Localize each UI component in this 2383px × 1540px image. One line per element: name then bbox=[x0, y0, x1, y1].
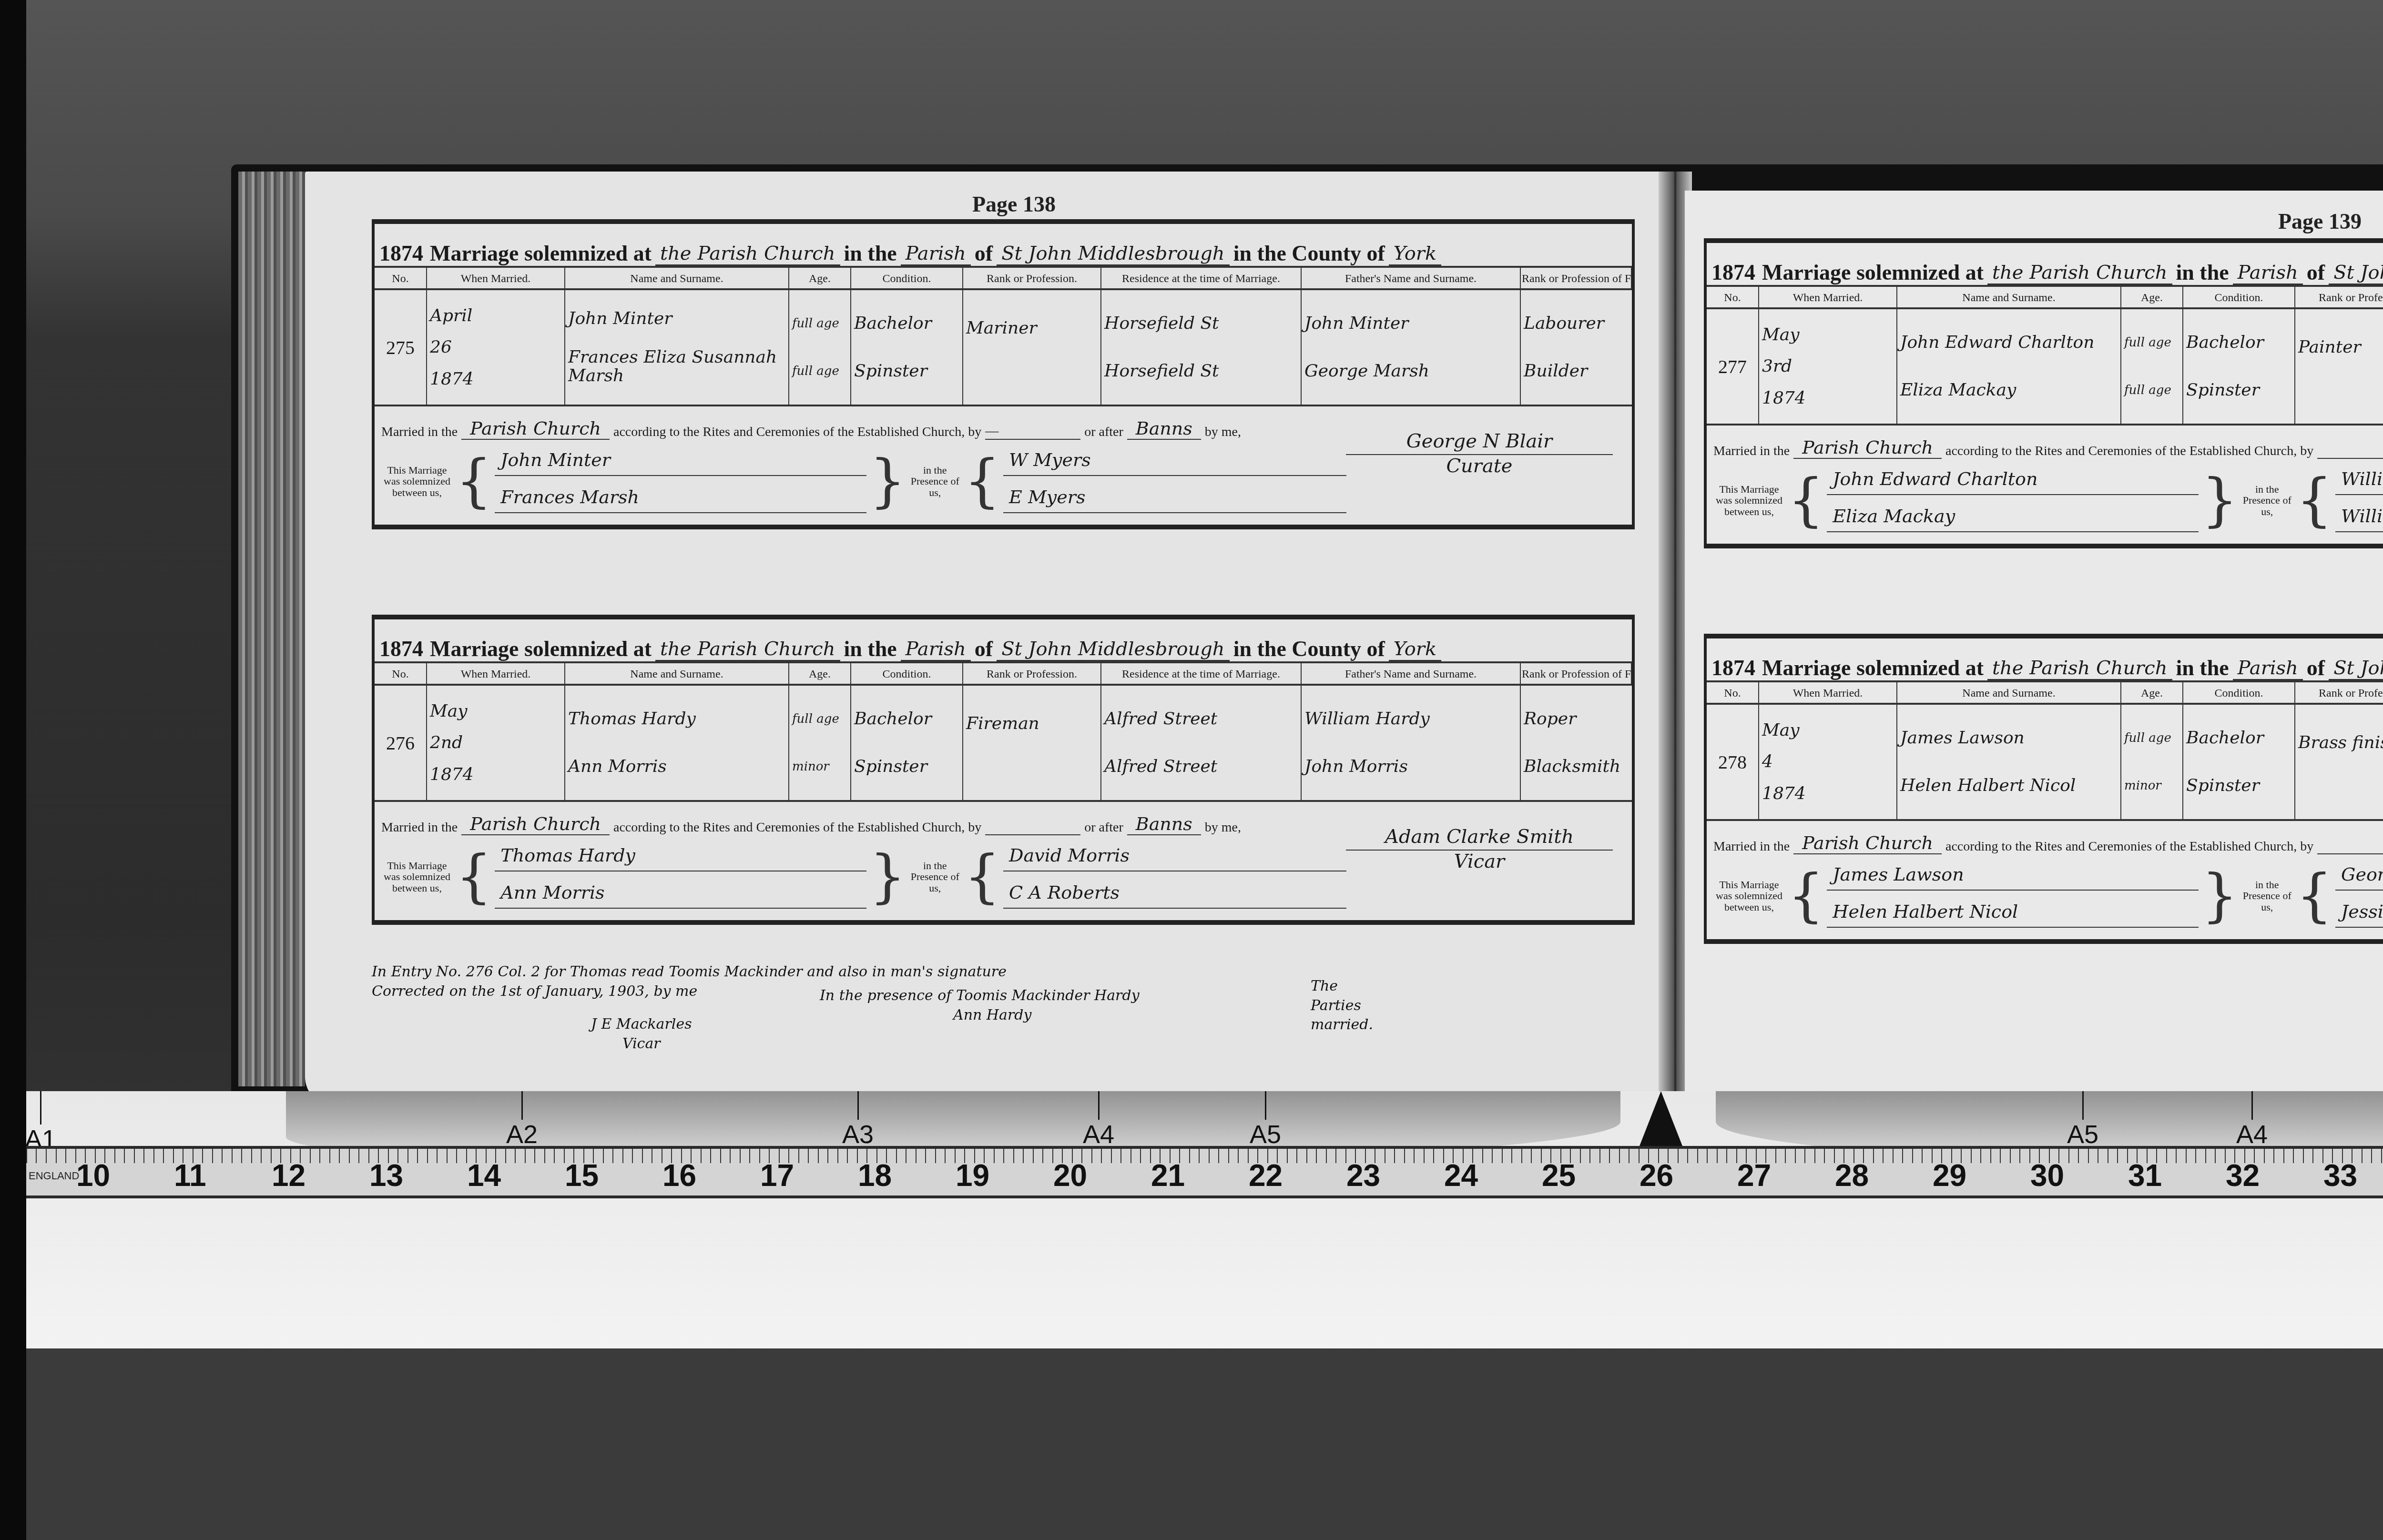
heading-label: of bbox=[975, 636, 993, 661]
county-field: York bbox=[1389, 638, 1441, 661]
by-field bbox=[985, 834, 1080, 835]
by-field bbox=[2317, 853, 2383, 854]
correction-witness: In the presence of Toomis Mackinder Hard… bbox=[820, 986, 1140, 1025]
microfilm-bottom-band bbox=[26, 1348, 2383, 1540]
between-label: This Marriage was solemnized between us, bbox=[1713, 484, 1785, 517]
heading-label: Marriage solemnized at bbox=[1762, 655, 1984, 680]
brace: } bbox=[2201, 867, 2238, 924]
profession-cell: Painter bbox=[2295, 309, 2383, 424]
rule bbox=[1707, 238, 2383, 243]
signatures-row: This Marriage was solemnized between us,… bbox=[1707, 859, 2383, 939]
bride-condition: Spinster bbox=[2186, 776, 2291, 795]
officiant-name: Adam Clarke Smith bbox=[1346, 826, 1613, 851]
witness-2: E Myers bbox=[1003, 486, 1346, 513]
col-header: When Married. bbox=[1759, 287, 1897, 309]
groom-profession: Fireman bbox=[966, 714, 1098, 733]
groom-name: James Lawson bbox=[1900, 729, 2118, 748]
tape-number: 15 bbox=[565, 1158, 599, 1193]
rites-text: according to the Rites and Ceremonies of… bbox=[1945, 839, 2313, 854]
bride-name: Helen Halbert Nicol bbox=[1900, 776, 2118, 795]
page-139: Page 139 1874 Marriage solemnized at the… bbox=[1685, 191, 2383, 1110]
witness-signatures: W Myers E Myers bbox=[1003, 449, 1346, 513]
brace: { bbox=[964, 848, 1000, 905]
entry-heading: 1874 Marriage solemnized at the Parish C… bbox=[375, 224, 1632, 268]
entry-table: No. When Married. Name and Surname. Age.… bbox=[1707, 287, 2383, 424]
parish-type-field: Parish bbox=[901, 638, 971, 661]
col-header: No. bbox=[1707, 287, 1759, 309]
month: May bbox=[430, 702, 561, 721]
by-field: — bbox=[985, 424, 1080, 440]
when-married-cell: April 26 1874 bbox=[427, 290, 565, 405]
heading-label: in the bbox=[2176, 655, 2229, 680]
brace: { bbox=[964, 453, 1000, 510]
page-number: Page 139 bbox=[2278, 209, 2362, 234]
tape-number: 27 bbox=[1737, 1158, 1771, 1193]
bride-father-profession: Blacksmith bbox=[1524, 757, 1629, 776]
married-in-line: Married in the Parish Church according t… bbox=[1707, 424, 2383, 464]
col-header: Name and Surname. bbox=[1897, 682, 2121, 705]
col-header: No. bbox=[375, 268, 427, 290]
when-married-cell: May 4 1874 bbox=[1759, 705, 1897, 819]
bride-age: minor bbox=[2124, 779, 2179, 793]
name-cell: John Minter Frances Eliza Susannah Marsh bbox=[565, 290, 789, 405]
groom-condition: Bachelor bbox=[854, 709, 959, 729]
witness-2: C A Roberts bbox=[1003, 882, 1346, 909]
brace: { bbox=[2296, 867, 2332, 924]
tape-number: 14 bbox=[467, 1158, 501, 1193]
heading-label: in the bbox=[844, 241, 897, 266]
entry-number: 275 bbox=[375, 290, 427, 405]
residence-cell: Horsefield St Horsefield St bbox=[1101, 290, 1302, 405]
entry-number: 276 bbox=[375, 686, 427, 800]
officiant: George N Blair Curate bbox=[1346, 430, 1613, 477]
tape-number: 22 bbox=[1249, 1158, 1283, 1193]
married-in-line: Married in the Parish Church according t… bbox=[1707, 819, 2383, 859]
label: by me, bbox=[1205, 820, 1241, 835]
between-label: This Marriage was solemnized between us, bbox=[1713, 879, 1785, 912]
groom-condition: Bachelor bbox=[2186, 729, 2291, 748]
church-field: the Parish Church bbox=[655, 638, 840, 661]
name-cell: Thomas Hardy Ann Morris bbox=[565, 686, 789, 800]
paper-size-marker: A2 bbox=[503, 1091, 541, 1149]
col-header: Rank or Profession of Father. bbox=[1521, 268, 1632, 290]
tape-number: 11 bbox=[174, 1158, 206, 1193]
col-header: No. bbox=[375, 663, 427, 686]
tape-number: 29 bbox=[1933, 1158, 1966, 1193]
rule bbox=[375, 219, 1632, 224]
col-header: Name and Surname. bbox=[565, 663, 789, 686]
parish-name-field: St John Middlesbrough bbox=[997, 638, 1229, 661]
col-header: Father's Name and Surname. bbox=[1302, 663, 1521, 686]
when-married-cell: May 3rd 1874 bbox=[1759, 309, 1897, 424]
heading-label: Marriage solemnized at bbox=[430, 241, 652, 266]
couple-signatures: John Minter Frances Marsh bbox=[495, 449, 866, 513]
bride-age: full age bbox=[2124, 384, 2179, 397]
center-pointer-icon bbox=[1640, 1091, 1682, 1146]
col-header: Father's Name and Surname. bbox=[1302, 268, 1521, 290]
groom-profession: Painter bbox=[2298, 338, 2383, 357]
groom-signature: Thomas Hardy bbox=[495, 845, 866, 871]
label: Married in the bbox=[381, 425, 458, 440]
signatures-row: This Marriage was solemnized between us,… bbox=[375, 840, 1632, 920]
officiant-name: George N Blair bbox=[1346, 430, 1613, 455]
bride-name: Eliza Mackay bbox=[1900, 381, 2118, 400]
groom-name: John Minter bbox=[568, 309, 785, 328]
paper-size-marker: A4 bbox=[2233, 1091, 2271, 1149]
witness-signatures: William Todd X his mark William Kumer bbox=[2335, 468, 2383, 532]
bride-age: minor bbox=[792, 760, 847, 774]
married-in-field: Parish Church bbox=[461, 418, 610, 440]
officiant: Adam Clarke Smith Vicar bbox=[1346, 826, 1613, 872]
day: 2nd bbox=[430, 733, 561, 752]
church-field: the Parish Church bbox=[1987, 262, 2172, 285]
entry-table: No. When Married. Name and Surname. Age.… bbox=[375, 663, 1632, 800]
witness-1: William Todd X his mark bbox=[2335, 468, 2383, 495]
groom-profession: Brass finisher bbox=[2298, 733, 2383, 752]
rule bbox=[375, 920, 1632, 925]
age-cell: full age minor bbox=[789, 686, 851, 800]
father-profession-cell: Roper Blacksmith bbox=[1521, 686, 1632, 800]
rites-text: according to the Rites and Ceremonies of… bbox=[613, 425, 981, 440]
entry-heading: 1874 Marriage solemnized at the Parish C… bbox=[1707, 243, 2383, 287]
label: Married in the bbox=[1713, 444, 1790, 459]
marker-label: A4 bbox=[2236, 1120, 2268, 1149]
tape-number: 33 bbox=[2323, 1158, 2357, 1193]
heading-label: of bbox=[975, 241, 993, 266]
brace: } bbox=[869, 848, 906, 905]
col-header: Age. bbox=[789, 268, 851, 290]
label: by me, bbox=[1205, 425, 1241, 440]
age-cell: full age minor bbox=[2121, 705, 2183, 819]
col-header: Residence at the time of Marriage. bbox=[1101, 663, 1302, 686]
witness-signatures: David Morris C A Roberts bbox=[1003, 845, 1346, 909]
page-number: Page 138 bbox=[972, 192, 1056, 217]
note-line-1: In Entry No. 276 Col. 2 for Thomas read … bbox=[372, 962, 1373, 982]
brace: { bbox=[1788, 472, 1824, 529]
rites-text: according to the Rites and Ceremonies of… bbox=[1945, 444, 2313, 459]
register-entry-276: 1874 Marriage solemnized at the Parish C… bbox=[372, 615, 1635, 925]
tape-number: 19 bbox=[956, 1158, 989, 1193]
profession-cell: Brass finisher bbox=[2295, 705, 2383, 819]
tape-number: 26 bbox=[1640, 1158, 1673, 1193]
bride-name: Ann Morris bbox=[568, 757, 785, 776]
entry-heading: 1874 Marriage solemnized at the Parish C… bbox=[375, 619, 1632, 663]
witness-2: Jessie Nicol bbox=[2335, 901, 2383, 928]
day: 26 bbox=[430, 338, 561, 357]
presence-name: Ann Hardy bbox=[820, 1006, 1140, 1025]
groom-condition: Bachelor bbox=[854, 314, 959, 333]
heading-label: in the County of bbox=[1233, 241, 1385, 266]
witness-2: William Kumer bbox=[2335, 506, 2383, 532]
page-edges-left bbox=[238, 172, 305, 1086]
heading-label: Marriage solemnized at bbox=[1762, 260, 1984, 285]
heading-label: in the County of bbox=[1233, 636, 1385, 661]
paper-size-marker: A5 bbox=[2064, 1091, 2102, 1149]
signer-name: J E Mackarles bbox=[591, 1015, 692, 1034]
tape-number: 17 bbox=[760, 1158, 794, 1193]
presence-label: in the Presence of us, bbox=[909, 465, 961, 497]
marker-label: A2 bbox=[506, 1120, 538, 1149]
groom-age: full age bbox=[2124, 336, 2179, 350]
parish-name-field: St John Middlesbrough bbox=[997, 243, 1229, 266]
witness-1: George Murton bbox=[2335, 864, 2383, 891]
banns-field: Banns bbox=[1127, 813, 1201, 835]
heading-label: Marriage solemnized at bbox=[430, 636, 652, 661]
profession-cell: Fireman bbox=[963, 686, 1101, 800]
county-field: York bbox=[1389, 243, 1441, 266]
entry-year: 1874 bbox=[379, 241, 423, 266]
between-label: This Marriage was solemnized between us, bbox=[381, 465, 453, 497]
presence-label: in the Presence of us, bbox=[2241, 484, 2293, 517]
col-header: Name and Surname. bbox=[565, 268, 789, 290]
paper-size-marker: A1 bbox=[21, 1091, 60, 1154]
col-header: Condition. bbox=[851, 663, 963, 686]
married-in-field: Parish Church bbox=[1793, 437, 1942, 459]
presence-label: in the Presence of us, bbox=[2241, 879, 2293, 912]
father-profession-cell: Labourer Builder bbox=[1521, 290, 1632, 405]
parties-married: The Parties married. bbox=[1311, 977, 1377, 1035]
age-cell: full age full age bbox=[789, 290, 851, 405]
col-header: When Married. bbox=[1759, 682, 1897, 705]
col-header: No. bbox=[1707, 682, 1759, 705]
condition-cell: Bachelor Spinster bbox=[851, 290, 963, 405]
label: or after bbox=[1084, 425, 1123, 440]
witness-1: W Myers bbox=[1003, 449, 1346, 476]
bride-condition: Spinster bbox=[854, 757, 959, 776]
marker-label: A3 bbox=[842, 1120, 874, 1149]
bride-age: full age bbox=[792, 365, 847, 378]
bride-condition: Spinster bbox=[854, 362, 959, 381]
age-cell: full age full age bbox=[2121, 309, 2183, 424]
couple-signatures: Thomas Hardy Ann Morris bbox=[495, 845, 866, 909]
entry-table: No. When Married. Name and Surname. Age.… bbox=[1707, 682, 2383, 819]
groom-signature: John Minter bbox=[495, 449, 866, 476]
heading-label: of bbox=[2307, 260, 2325, 285]
bride-signature: Helen Halbert Nicol bbox=[1827, 901, 2199, 928]
bride-father-profession: Builder bbox=[1524, 362, 1629, 381]
profession-cell: Mariner bbox=[963, 290, 1101, 405]
month: May bbox=[1762, 721, 1894, 740]
tape-number: 25 bbox=[1542, 1158, 1576, 1193]
bride-name: Frances Eliza Susannah Marsh bbox=[568, 348, 785, 385]
col-header: Age. bbox=[789, 663, 851, 686]
day: 4 bbox=[1762, 752, 1894, 771]
year: 1874 bbox=[430, 370, 561, 389]
label: or after bbox=[1084, 820, 1123, 835]
month: April bbox=[430, 306, 561, 325]
entry-table: No. When Married. Name and Surname. Age.… bbox=[375, 268, 1632, 405]
between-label: This Marriage was solemnized between us, bbox=[381, 860, 453, 893]
groom-residence: Horsefield St bbox=[1104, 314, 1298, 333]
tape-number: 28 bbox=[1835, 1158, 1869, 1193]
col-header: When Married. bbox=[427, 268, 565, 290]
groom-name: Thomas Hardy bbox=[568, 709, 785, 729]
groom-father-profession: Labourer bbox=[1524, 314, 1629, 333]
register-entry-278: 1874 Marriage solemnized at the Parish C… bbox=[1704, 634, 2383, 944]
groom-father: John Minter bbox=[1304, 314, 1517, 333]
married-in-field: Parish Church bbox=[461, 813, 610, 835]
bride-father: George Marsh bbox=[1304, 362, 1517, 381]
label: Married in the bbox=[381, 820, 458, 835]
residence-cell: Alfred Street Alfred Street bbox=[1101, 686, 1302, 800]
bride-condition: Spinster bbox=[2186, 381, 2291, 400]
presence-label: in the Presence of us, bbox=[909, 860, 961, 893]
bride-father: John Morris bbox=[1304, 757, 1517, 776]
couple-signatures: James Lawson Helen Halbert Nicol bbox=[1827, 864, 2199, 928]
heading-label: in the bbox=[2176, 260, 2229, 285]
bride-signature: Ann Morris bbox=[495, 882, 866, 909]
col-header: Residence at the time of Marriage. bbox=[1101, 268, 1302, 290]
name-cell: John Edward Charlton Eliza Mackay bbox=[1897, 309, 2121, 424]
groom-signature: James Lawson bbox=[1827, 864, 2199, 891]
rule bbox=[375, 615, 1632, 619]
col-header: Age. bbox=[2121, 287, 2183, 309]
heading-label: of bbox=[2307, 655, 2325, 680]
col-header: When Married. bbox=[427, 663, 565, 686]
tape-number: 13 bbox=[369, 1158, 403, 1193]
tape-number: 30 bbox=[2030, 1158, 2064, 1193]
brace: { bbox=[2296, 472, 2332, 529]
signatures-row: This Marriage was solemnized between us,… bbox=[1707, 464, 2383, 544]
groom-residence: Alfred Street bbox=[1104, 709, 1298, 729]
rule bbox=[375, 525, 1632, 529]
col-header: Name and Surname. bbox=[1897, 287, 2121, 309]
banns-field: Banns bbox=[1127, 418, 1201, 440]
tape-number: 24 bbox=[1444, 1158, 1478, 1193]
tape-number: 16 bbox=[662, 1158, 696, 1193]
groom-name: John Edward Charlton bbox=[1900, 333, 2118, 352]
day: 3rd bbox=[1762, 357, 1894, 376]
col-header: Condition. bbox=[2183, 682, 2295, 705]
rule bbox=[1707, 939, 2383, 944]
tape-number: 10 bbox=[76, 1158, 110, 1193]
col-header: Condition. bbox=[851, 268, 963, 290]
condition-cell: Bachelor Spinster bbox=[2183, 705, 2295, 819]
year: 1874 bbox=[430, 765, 561, 784]
year: 1874 bbox=[1762, 389, 1894, 408]
tape-number: 31 bbox=[2128, 1158, 2162, 1193]
condition-cell: Bachelor Spinster bbox=[851, 686, 963, 800]
parish-type-field: Parish bbox=[2233, 262, 2303, 285]
rule bbox=[1707, 544, 2383, 548]
when-married-cell: May 2nd 1874 bbox=[427, 686, 565, 800]
register-entry-277: 1874 Marriage solemnized at the Parish C… bbox=[1704, 238, 2383, 548]
officiant-title: Vicar bbox=[1346, 851, 1613, 872]
heading-label: in the bbox=[844, 636, 897, 661]
groom-signature: John Edward Charlton bbox=[1827, 468, 2199, 495]
witness-signatures: George Murton Jessie Nicol bbox=[2335, 864, 2383, 928]
month: May bbox=[1762, 325, 1894, 344]
label: Married in the bbox=[1713, 839, 1790, 854]
signatures-row: This Marriage was solemnized between us,… bbox=[375, 445, 1632, 525]
brace: } bbox=[2201, 472, 2238, 529]
marker-label: A5 bbox=[1250, 1120, 1281, 1149]
tape-number: 20 bbox=[1053, 1158, 1087, 1193]
by-field bbox=[2317, 458, 2383, 459]
tape-number: 21 bbox=[1151, 1158, 1185, 1193]
entry-number: 278 bbox=[1707, 705, 1759, 819]
col-header: Rank or Profession of Father. bbox=[1521, 663, 1632, 686]
brace: } bbox=[869, 453, 906, 510]
entry-number: 277 bbox=[1707, 309, 1759, 424]
groom-condition: Bachelor bbox=[2186, 333, 2291, 352]
married-in-field: Parish Church bbox=[1793, 832, 1942, 854]
entry-year: 1874 bbox=[1711, 655, 1755, 680]
father-name-cell: William Hardy John Morris bbox=[1302, 686, 1521, 800]
groom-profession: Mariner bbox=[966, 319, 1098, 338]
brace: { bbox=[456, 848, 492, 905]
groom-age: full age bbox=[792, 317, 847, 331]
col-header: Rank or Profession. bbox=[963, 663, 1101, 686]
officiant-title: Curate bbox=[1346, 455, 1613, 477]
name-cell: James Lawson Helen Halbert Nicol bbox=[1897, 705, 2121, 819]
col-header: Rank or Profession. bbox=[963, 268, 1101, 290]
groom-father: William Hardy bbox=[1304, 709, 1517, 729]
marker-label: A4 bbox=[1083, 1120, 1114, 1149]
bride-residence: Horsefield St bbox=[1104, 362, 1298, 381]
groom-age: full age bbox=[2124, 731, 2179, 745]
groom-age: full age bbox=[792, 712, 847, 726]
church-field: the Parish Church bbox=[1987, 657, 2172, 680]
rites-text: according to the Rites and Ceremonies of… bbox=[613, 820, 981, 835]
page-138: Page 138 1874 Marriage solemnized at the… bbox=[305, 172, 1663, 1105]
entry-year: 1874 bbox=[1711, 260, 1755, 285]
tape-number: 18 bbox=[858, 1158, 892, 1193]
correction-signer: J E Mackarles Vicar bbox=[591, 1015, 692, 1054]
bride-signature: Frances Marsh bbox=[495, 486, 866, 513]
entry-heading: 1874 Marriage solemnized at the Parish C… bbox=[1707, 638, 2383, 682]
rule bbox=[1707, 634, 2383, 638]
paper-size-marker: A5 bbox=[1246, 1091, 1284, 1149]
bride-signature: Eliza Mackay bbox=[1827, 506, 2199, 532]
col-header: Age. bbox=[2121, 682, 2183, 705]
church-field: the Parish Church bbox=[655, 243, 840, 266]
paper-size-marker: A3 bbox=[839, 1091, 877, 1149]
year: 1874 bbox=[1762, 784, 1894, 803]
bride-residence: Alfred Street bbox=[1104, 757, 1298, 776]
paper-size-marker: A4 bbox=[1079, 1091, 1118, 1149]
couple-signatures: John Edward Charlton Eliza Mackay bbox=[1827, 468, 2199, 532]
brace: { bbox=[1788, 867, 1824, 924]
witness-1: David Morris bbox=[1003, 845, 1346, 871]
register-entry-275: 1874 Marriage solemnized at the Parish C… bbox=[372, 219, 1635, 529]
parish-type-field: Parish bbox=[901, 243, 971, 266]
signer-title: Vicar bbox=[591, 1034, 692, 1054]
brace: { bbox=[456, 453, 492, 510]
parish-type-field: Parish bbox=[2233, 657, 2303, 680]
parish-name-field: St John Middlesbrough bbox=[2329, 657, 2383, 680]
condition-cell: Bachelor Spinster bbox=[2183, 309, 2295, 424]
presence-text: In the presence of Toomis Mackinder Hard… bbox=[820, 986, 1140, 1006]
col-header: Condition. bbox=[2183, 287, 2295, 309]
tape-numbers: 10 11 12 13 14 15 16 17 18 19 20 21 22 2… bbox=[26, 1158, 2383, 1196]
entry-year: 1874 bbox=[379, 636, 423, 661]
father-name-cell: John Minter George Marsh bbox=[1302, 290, 1521, 405]
tape-number: 12 bbox=[272, 1158, 306, 1193]
parish-name-field: St John Middlesbrough bbox=[2329, 262, 2383, 285]
tape-number: 23 bbox=[1346, 1158, 1380, 1193]
tape-number: 32 bbox=[2226, 1158, 2260, 1193]
marker-label: A5 bbox=[2067, 1120, 2098, 1149]
groom-father-profession: Roper bbox=[1524, 709, 1629, 729]
col-header: Rank or Profession. bbox=[2295, 287, 2383, 309]
col-header: Rank or Profession. bbox=[2295, 682, 2383, 705]
